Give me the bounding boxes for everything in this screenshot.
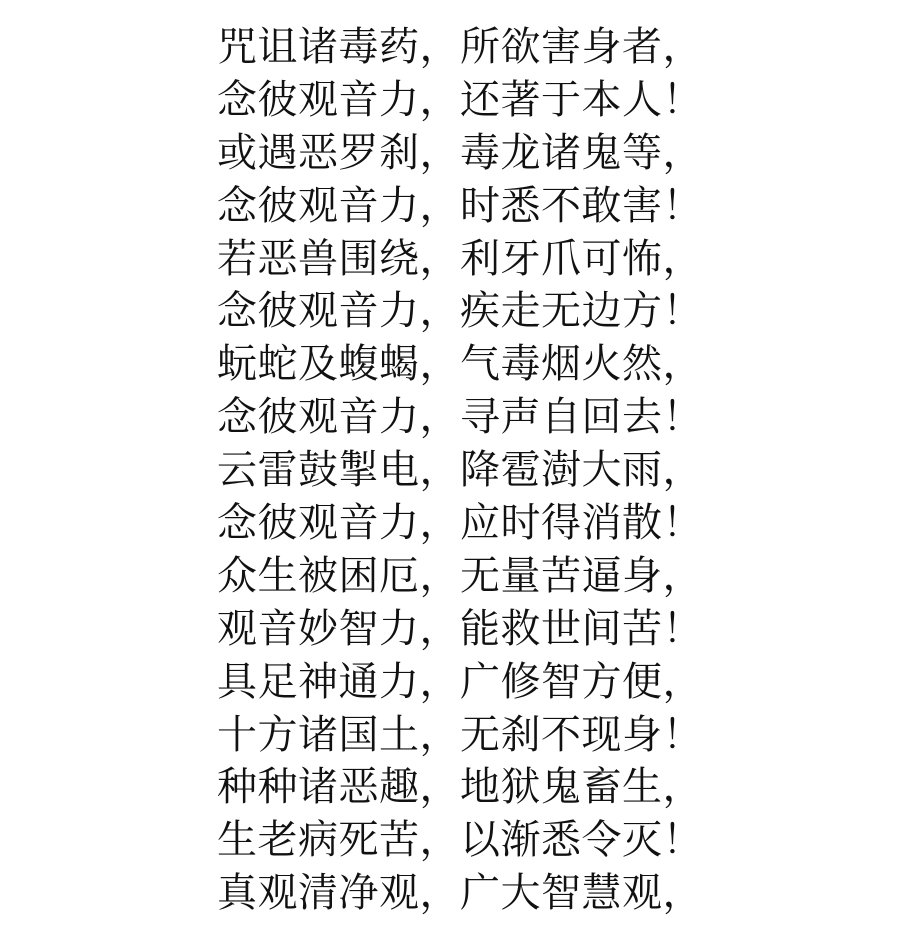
verse-line: 念彼观音力，应时得消散！ xyxy=(217,497,898,550)
document-page: 咒诅诸毒药，所欲害身者，念彼观音力，还著于本人！或遇恶罗刹，毒龙诸鬼等，念彼观音… xyxy=(0,0,898,948)
verse-line: 众生被困厄，无量苦逼身， xyxy=(217,550,898,603)
verse-line: 念彼观音力，还著于本人！ xyxy=(217,74,898,127)
verse-line: 若恶兽围绕，利牙爪可怖， xyxy=(217,233,898,286)
verse-text: 咒诅诸毒药，所欲害身者，念彼观音力，还著于本人！或遇恶罗刹，毒龙诸鬼等，念彼观音… xyxy=(217,21,898,920)
verse-line: 蚖蛇及蝮蝎，气毒烟火然， xyxy=(217,338,898,391)
verse-line: 生老病死苦，以渐悉令灭！ xyxy=(217,814,898,867)
verse-line: 观音妙智力，能救世间苦！ xyxy=(217,603,898,656)
verse-line: 念彼观音力，疾走无边方！ xyxy=(217,285,898,338)
verse-line: 云雷鼓掣电，降雹澍大雨， xyxy=(217,444,898,497)
verse-line: 真观清净观，广大智慧观， xyxy=(217,867,898,920)
verse-line: 念彼观音力，时悉不敢害！ xyxy=(217,180,898,233)
verse-line: 念彼观音力，寻声自回去！ xyxy=(217,391,898,444)
verse-line: 十方诸国土，无刹不现身！ xyxy=(217,709,898,762)
verse-line: 具足神通力，广修智方便， xyxy=(217,656,898,709)
verse-line: 种种诸恶趣，地狱鬼畜生， xyxy=(217,761,898,814)
verse-line: 或遇恶罗刹，毒龙诸鬼等， xyxy=(217,127,898,180)
verse-line: 咒诅诸毒药，所欲害身者， xyxy=(217,21,898,74)
